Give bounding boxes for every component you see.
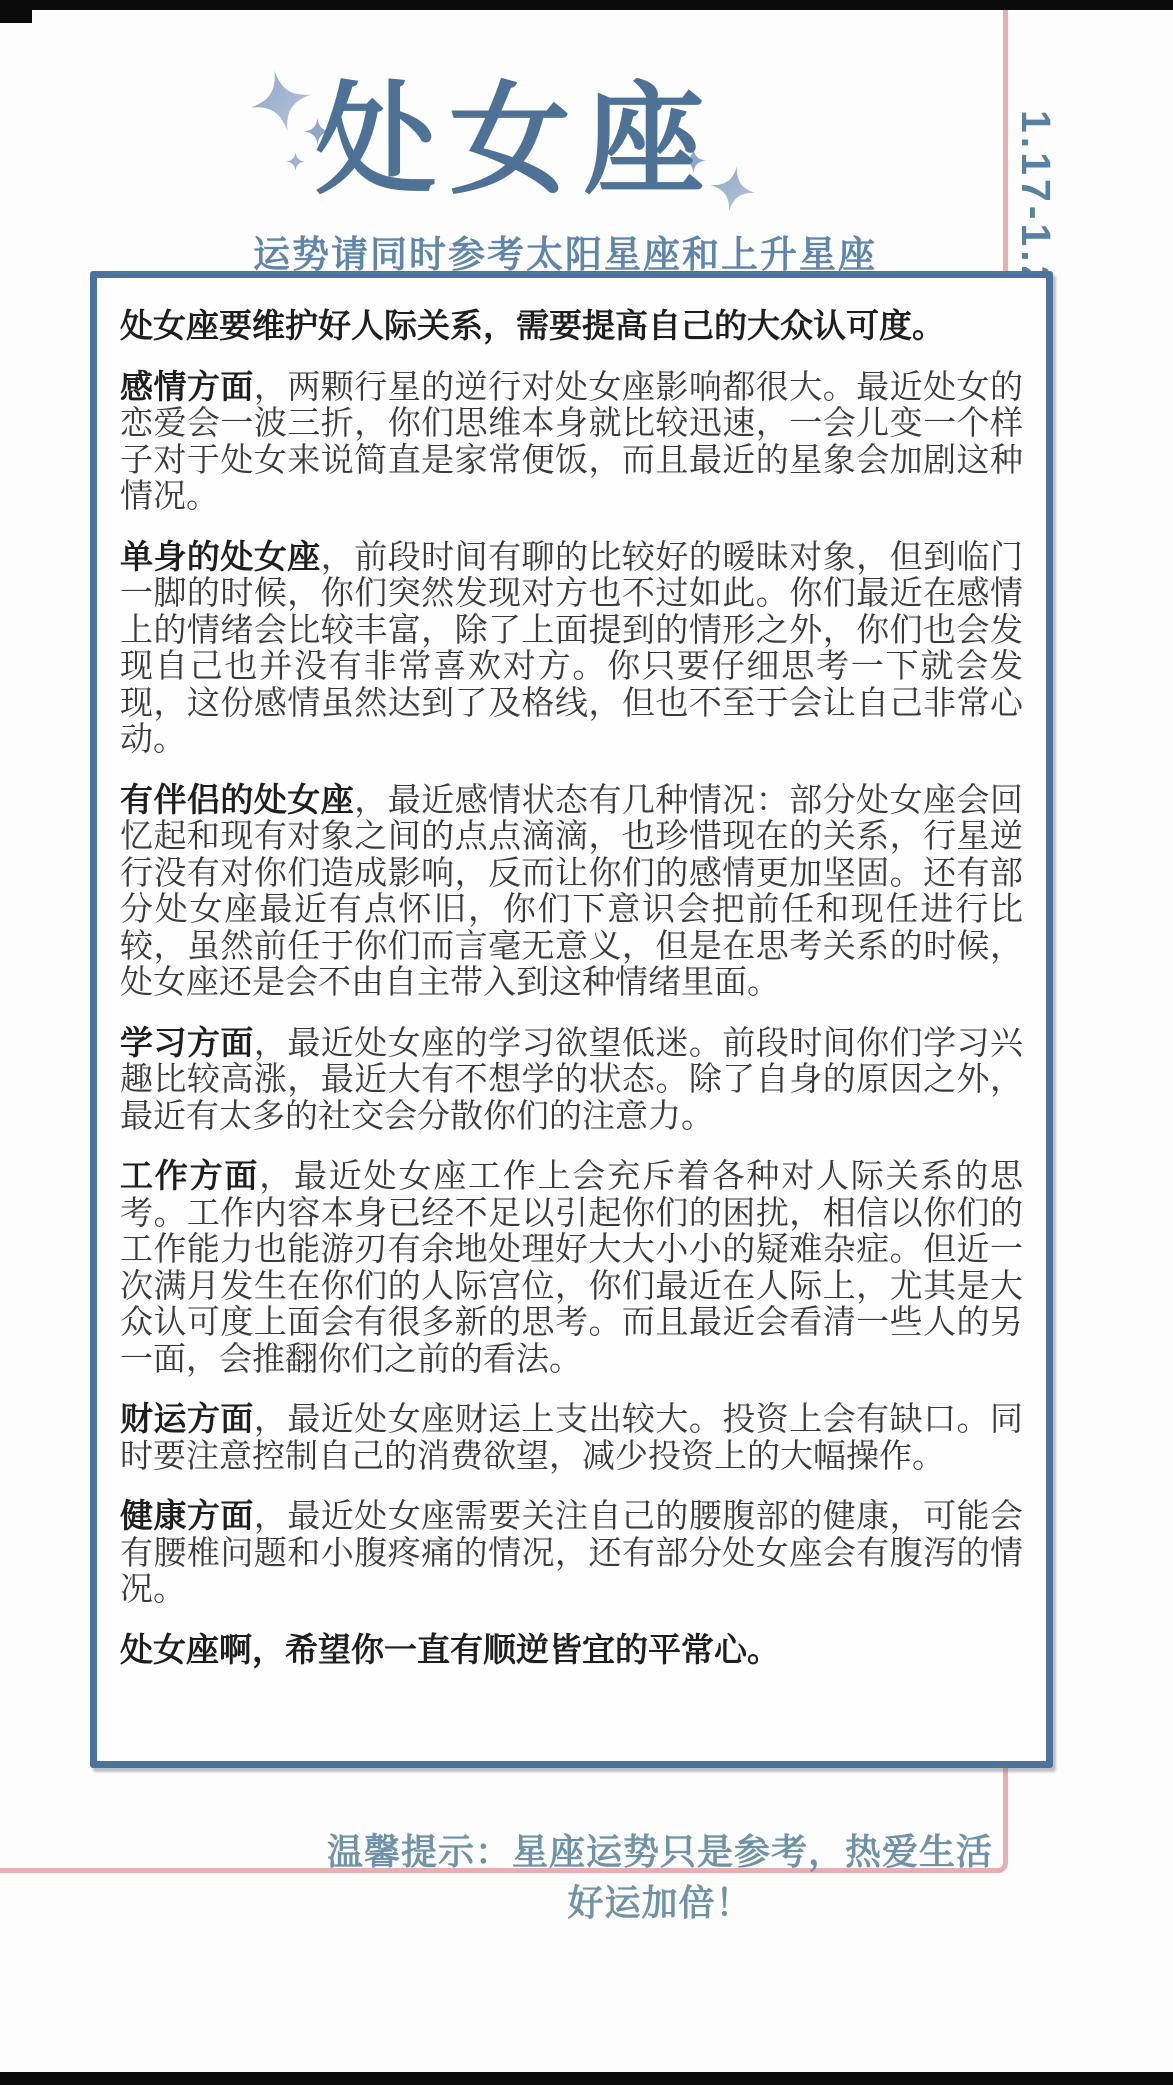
section-partnered: 有伴侣的处女座，最近感情状态有几种情况：部分处女座会回忆起和现有对象之间的点点滴…: [120, 782, 1023, 1001]
section-work: 工作方面，最近处女座工作上会充斥着各种对人际关系的思考。工作内容本身已经不足以引…: [120, 1158, 1023, 1377]
letterbox-bottom: [0, 2072, 1173, 2085]
section-single-heading: 单身的处女座: [120, 538, 321, 575]
section-love-body: ，两颗行星的逆行对处女座影响都很大。最近处女的恋爱会一波三折，你们思维本身就比较…: [120, 368, 1023, 515]
page-title: 处女座: [0, 74, 1020, 207]
section-study-heading: 学习方面: [120, 1024, 254, 1061]
page-subtitle: 运势请同时参考太阳星座和上升星座: [0, 224, 1130, 278]
closing-line: 处女座啊，希望你一直有顺逆皆宜的平常心。: [120, 1632, 1023, 1669]
section-wealth: 财运方面，最近处女座财运上支出较大。投资上会有缺口。同时要注意控制自己的消费欲望…: [120, 1401, 1023, 1474]
section-wealth-heading: 财运方面: [120, 1400, 254, 1437]
letterbox-top-notch: [0, 0, 32, 23]
section-study-body: ，最近处女座的学习欲望低迷。前段时间你们学习兴趣比较高涨，最近大有不想学的状态。…: [120, 1024, 1023, 1134]
section-love-heading: 感情方面: [120, 368, 254, 405]
section-study: 学习方面，最近处女座的学习欲望低迷。前段时间你们学习兴趣比较高涨，最近大有不想学…: [120, 1025, 1023, 1135]
section-health-heading: 健康方面: [120, 1497, 254, 1534]
footer-tip: 温馨提示：星座运势只是参考，热爱生活好运加倍！: [322, 1824, 998, 1926]
section-wealth-body: ，最近处女座财运上支出较大。投资上会有缺口。同时要注意控制自己的消费欲望，减少投…: [120, 1400, 1023, 1474]
section-partnered-heading: 有伴侣的处女座: [120, 781, 354, 818]
section-health-body: ，最近处女座需要关注自己的腰腹部的健康，可能会有腰椎问题和小腹疼痛的情况，还有部…: [120, 1497, 1023, 1607]
section-work-heading: 工作方面: [120, 1157, 259, 1194]
section-single: 单身的处女座，前段时间有聊的比较好的暧昧对象，但到临门一脚的时候，你们突然发现对…: [120, 539, 1023, 758]
horoscope-card: 处女座要维护好人际关系，需要提高自己的大众认可度。 感情方面，两颗行星的逆行对处…: [90, 271, 1053, 1768]
section-love: 感情方面，两颗行星的逆行对处女座影响都很大。最近处女的恋爱会一波三折，你们思维本…: [120, 369, 1023, 515]
intro-line: 处女座要维护好人际关系，需要提高自己的大众认可度。: [120, 308, 1023, 345]
letterbox-top: [0, 0, 1173, 10]
section-health: 健康方面，最近处女座需要关注自己的腰腹部的健康，可能会有腰椎问题和小腹疼痛的情况…: [120, 1498, 1023, 1608]
